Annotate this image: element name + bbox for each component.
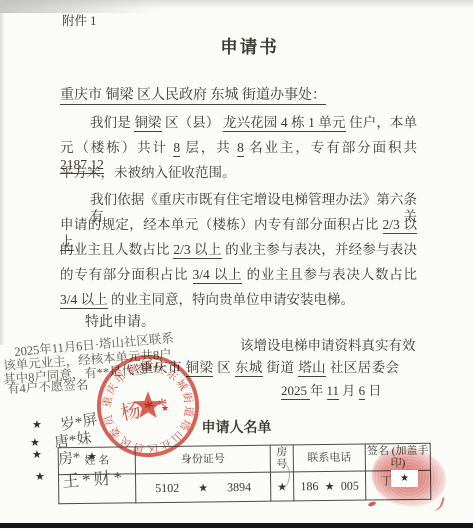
paragraph2-line3: 的业主且人数占比 2/3 以上 的业主参与表决，并经参与表决 [60,241,417,258]
document-title: 申请书 [22,39,473,56]
salutation-line: 重庆市 铜梁 区人民政府 东城 街道办事处： [60,87,326,104]
redaction-star: ★ [325,479,335,492]
cell-id-number: 5102 ★ 3894 [135,472,270,503]
official-seal: 重庆市铜梁区东城街道塔山社区居民委员会 [93,351,203,461]
redaction-star: ★ [35,470,45,483]
validity-statement: 该增设电梯申请资料真实有效 [240,337,416,354]
signature-redaction-box: ★ [391,470,418,487]
header-name: 姓 名 [58,447,135,475]
header-phone: 联系电话 [293,444,365,472]
cell-phone: 186 ★ 005 [293,471,365,501]
scan-edge-bar [0,523,473,528]
scan-shadow-left [0,0,5,345]
cell-name [59,474,136,504]
paragraph1-line1: 我们是 铜梁 区（县） 龙兴花园 4 栋 1 单元 住户，本单 [60,114,417,131]
redaction-star: ★ [32,418,42,431]
phone-suffix: 005 [341,478,359,493]
redaction-star: ★ [198,481,208,494]
header-id-number: 身份证号 [135,445,270,474]
closing-line: 特此申请。 [85,314,155,331]
phone-prefix: 186 [300,479,318,494]
attachment-label: 附件 1 [62,13,96,30]
paragraph2-line5: 3/4 以上 的业主同意，特向贵单位申请安装电梯。 [60,291,354,308]
scanned-document-page: { "doc": { "attachment": "附件 1", "title"… [0,0,473,530]
date-line: 2025 年 11 月 6 日 [281,382,381,399]
seal-star-icon [134,391,162,418]
id-suffix: 3894 [227,479,251,494]
paragraph1-line3: 平方米，未被纳入征收范围。 [60,164,236,181]
scan-shadow-corner [0,0,158,13]
redaction-star: ★ [32,448,42,461]
paragraph2-line4: 的专有部分面积占比 3/4 以上 的业主且参与表决人数占比 [60,266,417,283]
id-prefix: 5102 [155,480,179,495]
